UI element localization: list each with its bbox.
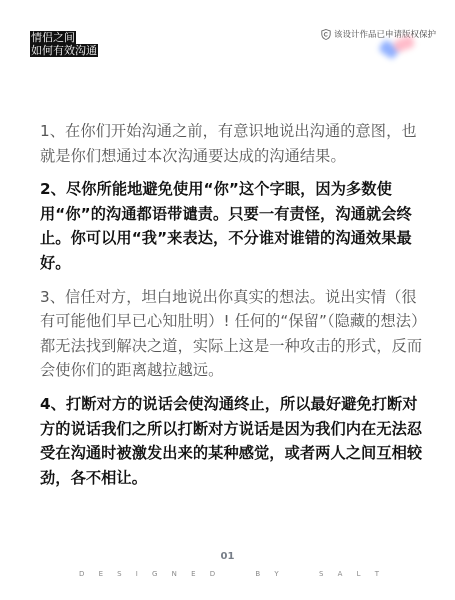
credit-spacer — [293, 570, 305, 578]
credit-letter: L — [357, 570, 361, 578]
credit-letter: E — [191, 570, 195, 578]
watermark-pink-shape — [393, 35, 416, 53]
credit-letter: E — [99, 570, 103, 578]
credit-letter: D — [210, 570, 215, 578]
credit-letter: A — [338, 570, 343, 578]
designer-credit: D E S I G N E D B Y S A L T — [79, 570, 379, 578]
article-body: 1、在你们开始沟通之前，有意识地说出沟通的意图，也就是你们想通过本次沟通要达成的… — [40, 119, 425, 499]
document-title-tag: 情侣之间 如何有效沟通 — [30, 31, 98, 57]
credit-letter: D — [79, 570, 84, 578]
credit-letter: I — [136, 570, 138, 578]
credit-letter: S — [319, 570, 323, 578]
credit-letter: N — [172, 570, 177, 578]
title-line-1: 情侣之间 — [30, 31, 76, 44]
paragraph-4: 4、打断对方的说话会使沟通终止，所以最好避免打断对方的说话我们之所以打断对方说话… — [40, 392, 425, 490]
credit-letter: G — [152, 570, 157, 578]
credit-letter: T — [375, 570, 379, 578]
paragraph-1: 1、在你们开始沟通之前，有意识地说出沟通的意图，也就是你们想通过本次沟通要达成的… — [40, 119, 425, 168]
credit-letter: S — [117, 570, 121, 578]
page-number: 01 — [0, 551, 455, 562]
credit-spacer — [229, 570, 241, 578]
credit-letter: B — [255, 570, 260, 578]
paragraph-2: 2、尽你所能地避免使用“你”这个字眼，因为多数使用“你”的沟通都语带谴责。只要一… — [40, 177, 425, 275]
watermark-logo — [378, 37, 418, 59]
paragraph-3: 3、信任对方，坦白地说出你真实的想法。说出实情（很有可能他们早已心知肚明）! 任… — [40, 285, 425, 383]
title-line-2: 如何有效沟通 — [30, 44, 98, 57]
shield-icon — [321, 29, 331, 40]
credit-letter: Y — [274, 570, 278, 578]
